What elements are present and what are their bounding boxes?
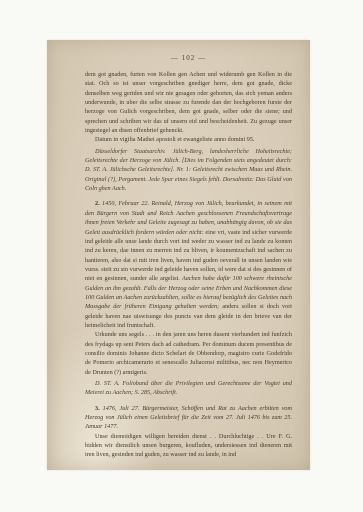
text-segment: Unse diemoidigen willigen bereiden diens… (85, 433, 292, 459)
text-segment: Düsseldorfer Staatsarchiv. Jülich-Berg, … (85, 148, 292, 192)
text-segment: 3. (95, 405, 103, 412)
paragraph: Datum in vigilia Mathei apostoli et ewan… (85, 135, 292, 144)
scanned-book-view: — 102 — dem got gnaden, furten von Kolle… (0, 0, 363, 512)
text-segment: Urkunde uns segels . . . in den jaren un… (85, 331, 292, 375)
paragraph: D. ST. A. Folioband über die Privilegien… (85, 379, 292, 398)
paragraph: Düsseldorfer Staatsarchiv. Jülich-Berg, … (85, 147, 292, 194)
text-segment: Datum in vigilia Mathei apostoli et ewan… (95, 136, 254, 143)
page-number: — 102 — (85, 54, 292, 62)
paragraph: 2. 1450, Februar 22. Reinald, Herzog von… (85, 199, 292, 330)
text-block: — 102 — dem got gnaden, furten von Kolle… (85, 54, 292, 460)
paragraph: Unse diemoidigen willigen bereiden diens… (85, 432, 292, 460)
paragraph: Urkunde uns segels . . . in den jaren un… (85, 330, 292, 377)
book-page: — 102 — dem got gnaden, furten von Kolle… (47, 40, 310, 470)
text-segment: dem got gnaden, furten von Kollen gen Ac… (85, 71, 292, 134)
text-segment: 2. (95, 200, 102, 207)
paragraph: dem got gnaden, furten von Kollen gen Ac… (85, 70, 292, 135)
paragraph: 3. 1476, Juli 27. Bürgermeister, Schöffe… (85, 404, 292, 432)
text-segment: D. ST. A. Folioband über die Privilegien… (85, 380, 292, 396)
text-segment: 1476, Juli 27. Bürgermeister, Schöffen u… (85, 405, 292, 431)
